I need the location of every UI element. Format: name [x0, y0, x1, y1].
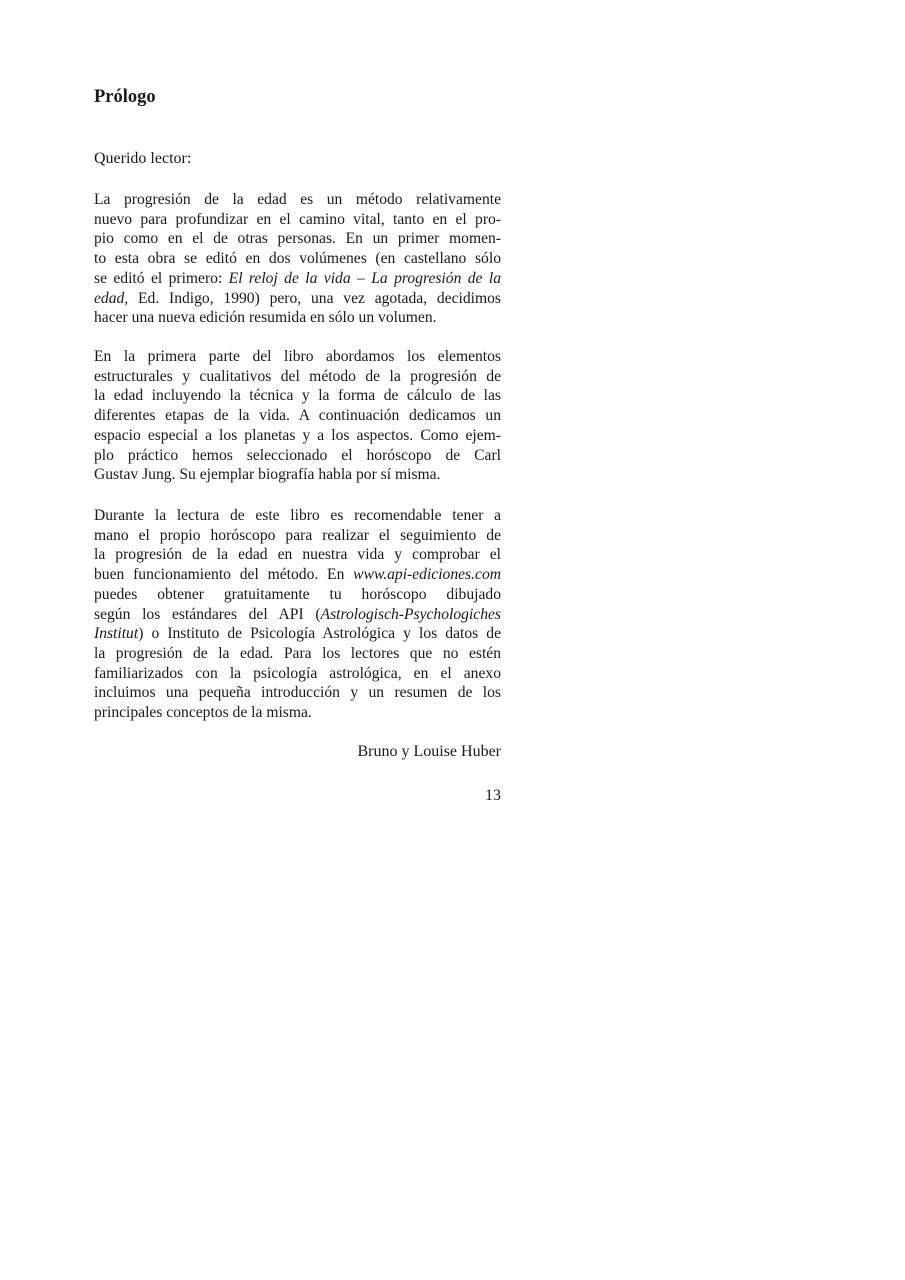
text-run: plo práctico hemos seleccionado el horós… [94, 447, 501, 464]
text-line: plo práctico hemos seleccionado el horós… [94, 446, 501, 466]
italic-run: www.api-ediciones.com [353, 566, 501, 583]
text-run: según los estándares del API ( [94, 606, 321, 623]
page-number: 13 [485, 787, 501, 805]
italic-run: edad, [94, 290, 128, 307]
text-line: Institut) o Instituto de Psicología Astr… [94, 624, 501, 644]
text-line: La progresión de la edad es un método re… [94, 190, 501, 210]
text-line: la edad incluyendo la técnica y la forma… [94, 386, 501, 406]
text-run: nuevo para profundizar en el camino vita… [94, 211, 501, 228]
text-run: la progresión de la edad en nuestra vida… [94, 546, 501, 563]
text-line: la progresión de la edad. Para los lecto… [94, 644, 501, 664]
text-line: la progresión de la edad en nuestra vida… [94, 545, 501, 565]
paragraph-intro: La progresión de la edad es un método re… [94, 190, 501, 328]
italic-run: El reloj de la vida – La progresión de l… [229, 270, 501, 287]
paragraph-book-structure: En la primera parte del libro abordamos … [94, 347, 501, 485]
salutation: Querido lector: [94, 150, 191, 168]
text-line: mano el propio horóscopo para realizar e… [94, 526, 501, 546]
text-line: puedes obtener gratuitamente tu horóscop… [94, 585, 501, 605]
text-run: incluimos una pequeña introducción y un … [94, 684, 501, 701]
text-run: principales conceptos de la misma. [94, 704, 312, 721]
text-run: espacio especial a los planetas y a los … [94, 427, 501, 444]
text-run: Ed. Indigo, 1990) pero, una vez agotada,… [128, 290, 501, 307]
text-line: buen funcionamiento del método. En www.a… [94, 565, 501, 585]
text-line: se editó el primero: El reloj de la vida… [94, 269, 501, 289]
text-line: En la primera parte del libro abordamos … [94, 347, 501, 367]
text-run: la edad incluyendo la técnica y la forma… [94, 387, 501, 404]
text-run: ) o Instituto de Psicología Astrológica … [138, 625, 501, 642]
italic-run: Astrologisch-Psychologiches [321, 606, 501, 623]
text-run: En la primera parte del libro abordamos … [94, 348, 501, 365]
text-line: pio como en el de otras personas. En un … [94, 229, 501, 249]
text-line: principales conceptos de la misma. [94, 703, 501, 723]
text-line: hacer una nueva edición resumida en sólo… [94, 308, 501, 328]
text-run: La progresión de la edad es un método re… [94, 191, 501, 208]
text-line: to esta obra se editó en dos volúmenes (… [94, 249, 501, 269]
text-line: edad, Ed. Indigo, 1990) pero, una vez ag… [94, 289, 501, 309]
text-run: se editó el primero: [94, 270, 229, 287]
text-line: familiarizados con la psicología astroló… [94, 664, 501, 684]
text-line: espacio especial a los planetas y a los … [94, 426, 501, 446]
text-run: Gustav Jung. Su ejemplar biografía habla… [94, 466, 440, 483]
text-run: mano el propio horóscopo para realizar e… [94, 527, 501, 544]
text-run: Durante la lectura de este libro es reco… [94, 507, 501, 524]
text-line: nuevo para profundizar en el camino vita… [94, 210, 501, 230]
text-run: to esta obra se editó en dos volúmenes (… [94, 250, 501, 267]
text-run: pio como en el de otras personas. En un … [94, 230, 501, 247]
text-line: Gustav Jung. Su ejemplar biografía habla… [94, 465, 501, 485]
italic-run: Institut [94, 625, 138, 642]
text-run: hacer una nueva edición resumida en sólo… [94, 309, 437, 326]
text-line: diferentes etapas de la vida. A continua… [94, 406, 501, 426]
paragraph-reading-advice: Durante la lectura de este libro es reco… [94, 506, 501, 723]
text-line: incluimos una pequeña introducción y un … [94, 683, 501, 703]
text-run: familiarizados con la psicología astroló… [94, 665, 501, 682]
author-signature: Bruno y Louise Huber [357, 743, 501, 761]
text-run: estructurales y cualitativos del método … [94, 368, 501, 385]
text-run: buen funcionamiento del método. En [94, 566, 353, 583]
text-line: según los estándares del API (Astrologis… [94, 605, 501, 625]
page-title: Prólogo [94, 87, 156, 108]
text-line: Durante la lectura de este libro es reco… [94, 506, 501, 526]
text-run: diferentes etapas de la vida. A continua… [94, 407, 501, 424]
text-run: puedes obtener gratuitamente tu horóscop… [94, 586, 501, 603]
text-line: estructurales y cualitativos del método … [94, 367, 501, 387]
text-run: la progresión de la edad. Para los lecto… [94, 645, 501, 662]
